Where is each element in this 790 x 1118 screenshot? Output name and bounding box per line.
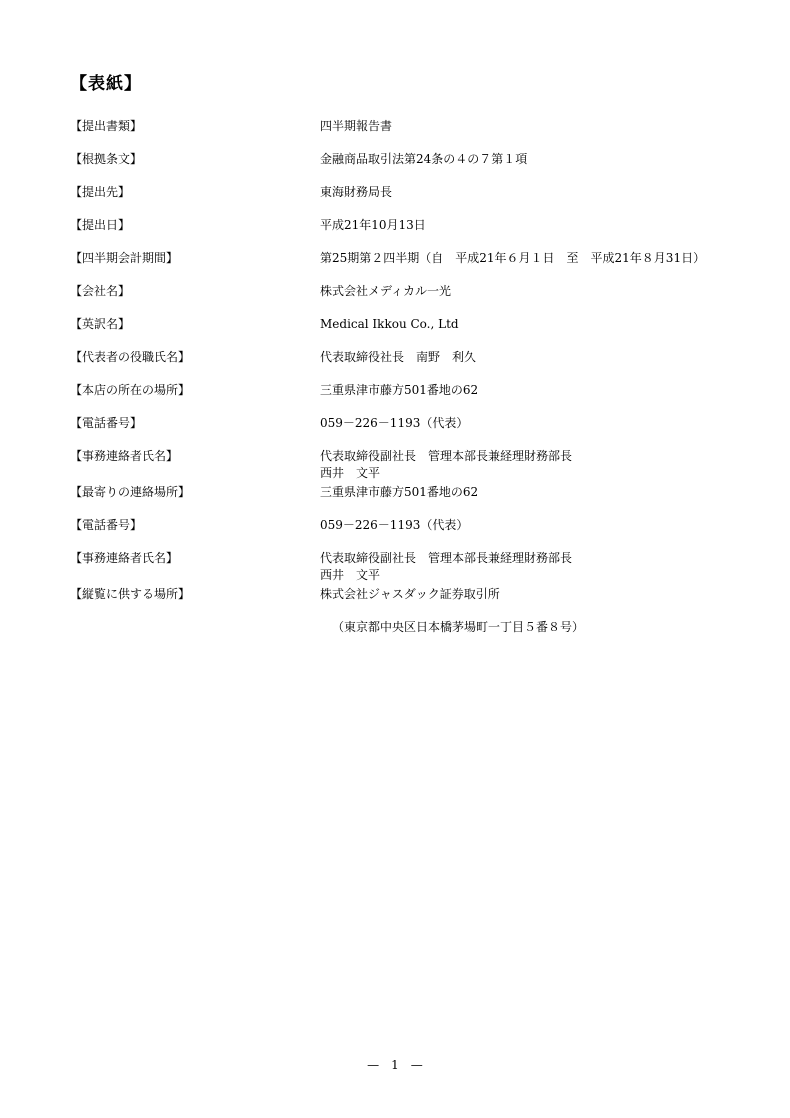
field-value: （東京都中央区日本橋茅場町一丁目５番８号）: [320, 619, 732, 636]
page-title: 【表紙】: [70, 72, 732, 96]
document-content: 【表紙】 【提出書類】 四半期報告書 【根拠条文】 金融商品取引法第24条の４の…: [0, 0, 790, 636]
field-row-company-name: 【会社名】 株式会社メディカル一光: [70, 283, 732, 300]
field-value: 代表取締役副社長 管理本部長兼経理財務部長 西井 文平: [320, 448, 732, 482]
field-row-english-name: 【英訳名】 Medical Ikkou Co., Ltd: [70, 316, 732, 333]
field-value: 三重県津市藤方501番地の62: [320, 382, 732, 399]
field-value-line-1: 代表取締役副社長 管理本部長兼経理財務部長: [320, 550, 732, 567]
field-label: 【電話番号】: [70, 415, 320, 432]
field-value: 三重県津市藤方501番地の62: [320, 484, 732, 501]
field-label: 【提出書類】: [70, 118, 320, 135]
field-label: 【電話番号】: [70, 517, 320, 534]
field-row-legal-basis: 【根拠条文】 金融商品取引法第24条の４の７第１項: [70, 151, 732, 168]
field-value-line-2: 西井 文平: [320, 567, 732, 584]
field-label: 【代表者の役職氏名】: [70, 349, 320, 366]
field-value-line-2: 西井 文平: [320, 465, 732, 482]
field-row-nearest-contact-place: 【最寄りの連絡場所】 三重県津市藤方501番地の62: [70, 484, 732, 501]
field-row-contact-person-2: 【事務連絡者氏名】 代表取締役副社長 管理本部長兼経理財務部長 西井 文平: [70, 550, 732, 584]
document-page: 【表紙】 【提出書類】 四半期報告書 【根拠条文】 金融商品取引法第24条の４の…: [0, 0, 790, 1118]
field-value: 株式会社ジャスダック証券取引所: [320, 586, 732, 603]
field-row-contact-person-1: 【事務連絡者氏名】 代表取締役副社長 管理本部長兼経理財務部長 西井 文平: [70, 448, 732, 482]
field-row-quarterly-accounting-period: 【四半期会計期間】 第25期第２四半期（自 平成21年６月１日 至 平成21年８…: [70, 250, 732, 267]
field-value: 四半期報告書: [320, 118, 732, 135]
field-label: 【提出日】: [70, 217, 320, 234]
field-label: 【縦覧に供する場所】: [70, 586, 320, 603]
field-label: 【本店の所在の場所】: [70, 382, 320, 399]
page-number: — 1 —: [0, 1057, 790, 1074]
field-value: 東海財務局長: [320, 184, 732, 201]
field-row-inspection-place-address: （東京都中央区日本橋茅場町一丁目５番８号）: [70, 619, 732, 636]
field-label: 【事務連絡者氏名】: [70, 550, 320, 567]
field-row-representative: 【代表者の役職氏名】 代表取締役社長 南野 利久: [70, 349, 732, 366]
field-label: 【根拠条文】: [70, 151, 320, 168]
field-value: 第25期第２四半期（自 平成21年６月１日 至 平成21年８月31日）: [320, 250, 732, 267]
field-value: Medical Ikkou Co., Ltd: [320, 316, 732, 333]
field-label: 【事務連絡者氏名】: [70, 448, 320, 465]
field-label: 【最寄りの連絡場所】: [70, 484, 320, 501]
field-value: 059－226－1193（代表）: [320, 517, 732, 534]
field-value: 金融商品取引法第24条の４の７第１項: [320, 151, 732, 168]
field-value: 059－226－1193（代表）: [320, 415, 732, 432]
field-row-submission-date: 【提出日】 平成21年10月13日: [70, 217, 732, 234]
field-row-public-inspection-place: 【縦覧に供する場所】 株式会社ジャスダック証券取引所: [70, 586, 732, 603]
field-label: 【英訳名】: [70, 316, 320, 333]
field-value: 代表取締役副社長 管理本部長兼経理財務部長 西井 文平: [320, 550, 732, 584]
field-row-submitted-document: 【提出書類】 四半期報告書: [70, 118, 732, 135]
field-value: 代表取締役社長 南野 利久: [320, 349, 732, 366]
field-list: 【提出書類】 四半期報告書 【根拠条文】 金融商品取引法第24条の４の７第１項 …: [70, 118, 732, 636]
field-row-phone-number-1: 【電話番号】 059－226－1193（代表）: [70, 415, 732, 432]
field-value: 株式会社メディカル一光: [320, 283, 732, 300]
field-label: 【会社名】: [70, 283, 320, 300]
field-row-submitted-to: 【提出先】 東海財務局長: [70, 184, 732, 201]
field-row-phone-number-2: 【電話番号】 059－226－1193（代表）: [70, 517, 732, 534]
field-value: 平成21年10月13日: [320, 217, 732, 234]
field-label: 【四半期会計期間】: [70, 250, 320, 267]
field-label: 【提出先】: [70, 184, 320, 201]
field-row-head-office-location: 【本店の所在の場所】 三重県津市藤方501番地の62: [70, 382, 732, 399]
field-value-line-1: 代表取締役副社長 管理本部長兼経理財務部長: [320, 448, 732, 465]
